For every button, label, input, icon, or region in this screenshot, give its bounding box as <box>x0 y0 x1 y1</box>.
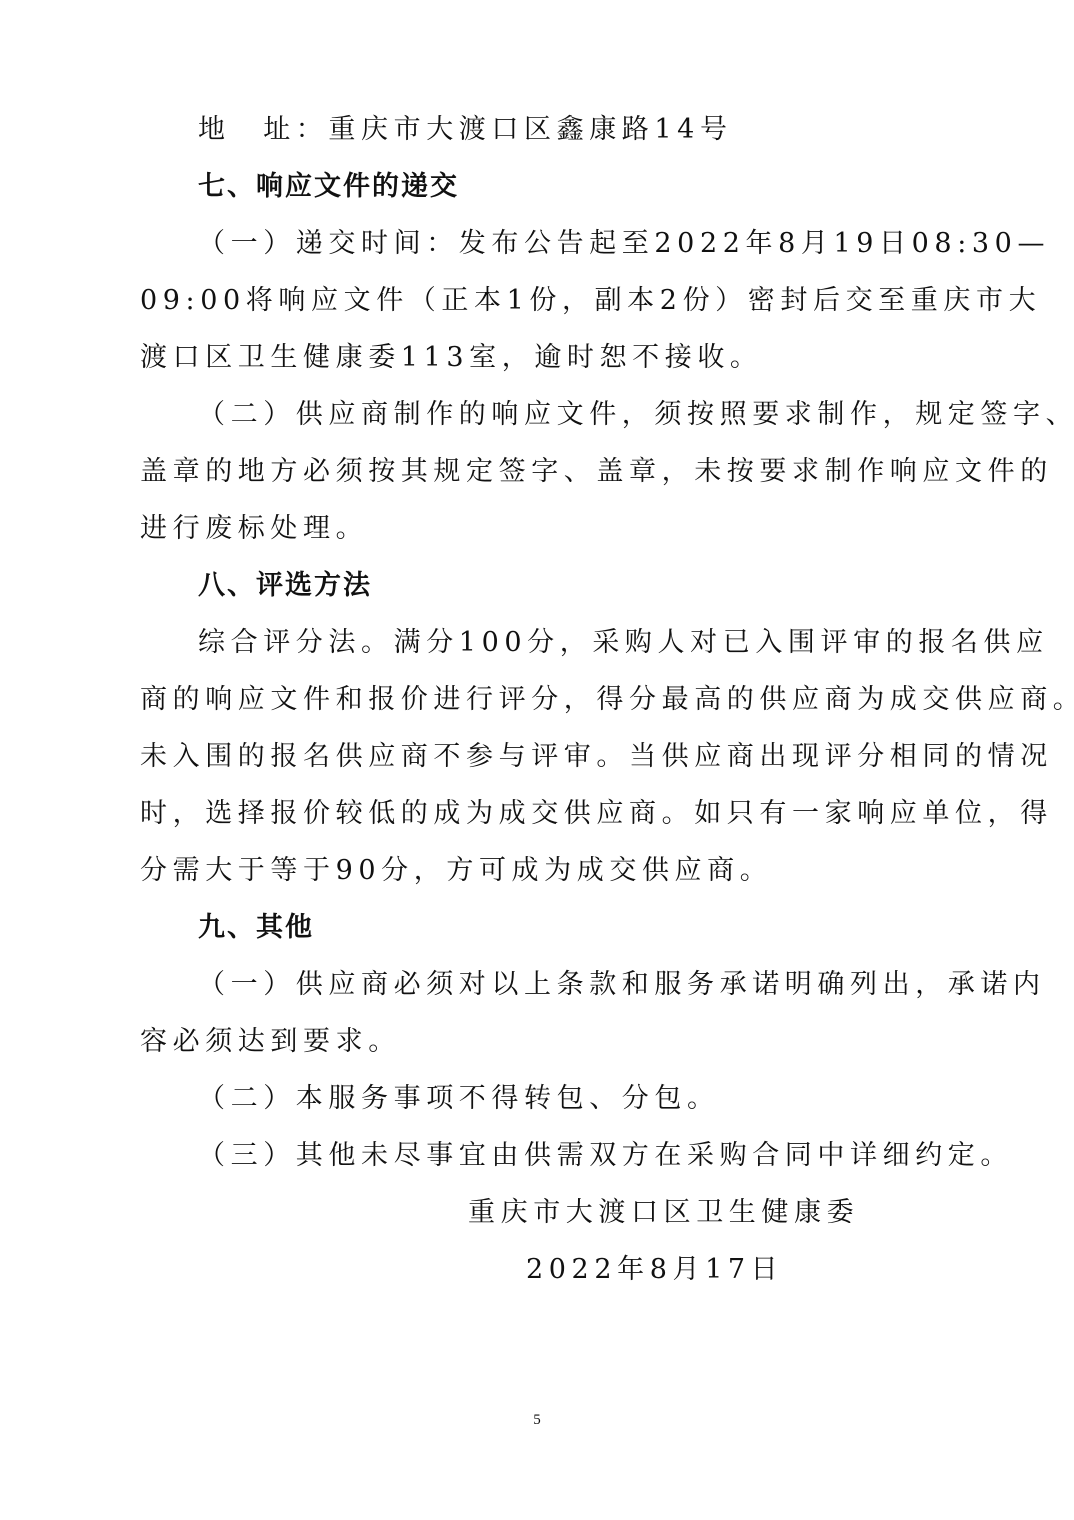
paragraph-line: （一）递交时间：发布公告起至2022年8月19日08:30— <box>198 230 1050 257</box>
paragraph-line: 盖章的地方必须按其规定签字、盖章，未按要求制作响应文件的 <box>140 458 1053 485</box>
paragraph-line: 09:00将响应文件（正本1份，副本2份）密封后交至重庆市大 <box>140 287 1041 314</box>
paragraph-line: 容必须达到要求。 <box>140 1028 401 1055</box>
paragraph-line: 进行废标处理。 <box>140 515 368 542</box>
signature-date: 2022年8月17日 <box>526 1256 783 1283</box>
paragraph-line: （三）其他未尽事宜由供需双方在采购合同中详细约定。 <box>198 1142 1013 1169</box>
address-line: 地 址：重庆市大渡口区鑫康路14号 <box>198 116 733 143</box>
paragraph-line: （二）供应商制作的响应文件，须按照要求制作，规定签字、 <box>198 401 1074 428</box>
paragraph-line: （二）本服务事项不得转包、分包。 <box>198 1085 720 1112</box>
paragraph-line: 综合评分法。满分100分，采购人对已入围评审的报名供应 <box>198 629 1049 656</box>
page-number: 5 <box>0 1412 1074 1429</box>
paragraph-line: （一）供应商必须对以上条款和服务承诺明确列出，承诺内 <box>198 971 1046 998</box>
section-8-heading: 八、评选方法 <box>198 572 372 599</box>
paragraph-line: 渡口区卫生健康委113室，逾时恕不接收。 <box>140 344 763 371</box>
paragraph-line: 未入围的报名供应商不参与评审。当供应商出现评分相同的情况 <box>140 743 1053 770</box>
paragraph-line: 分需大于等于90分，方可成为成交供应商。 <box>140 857 772 884</box>
section-7-heading: 七、响应文件的递交 <box>198 173 459 200</box>
paragraph-line: 时，选择报价较低的成为成交供应商。如只有一家响应单位，得 <box>140 800 1053 827</box>
signature-organization: 重庆市大渡口区卫生健康委 <box>468 1199 859 1226</box>
paragraph-line: 商的响应文件和报价进行评分，得分最高的供应商为成交供应商。 <box>140 686 1074 713</box>
section-9-heading: 九、其他 <box>198 914 314 941</box>
